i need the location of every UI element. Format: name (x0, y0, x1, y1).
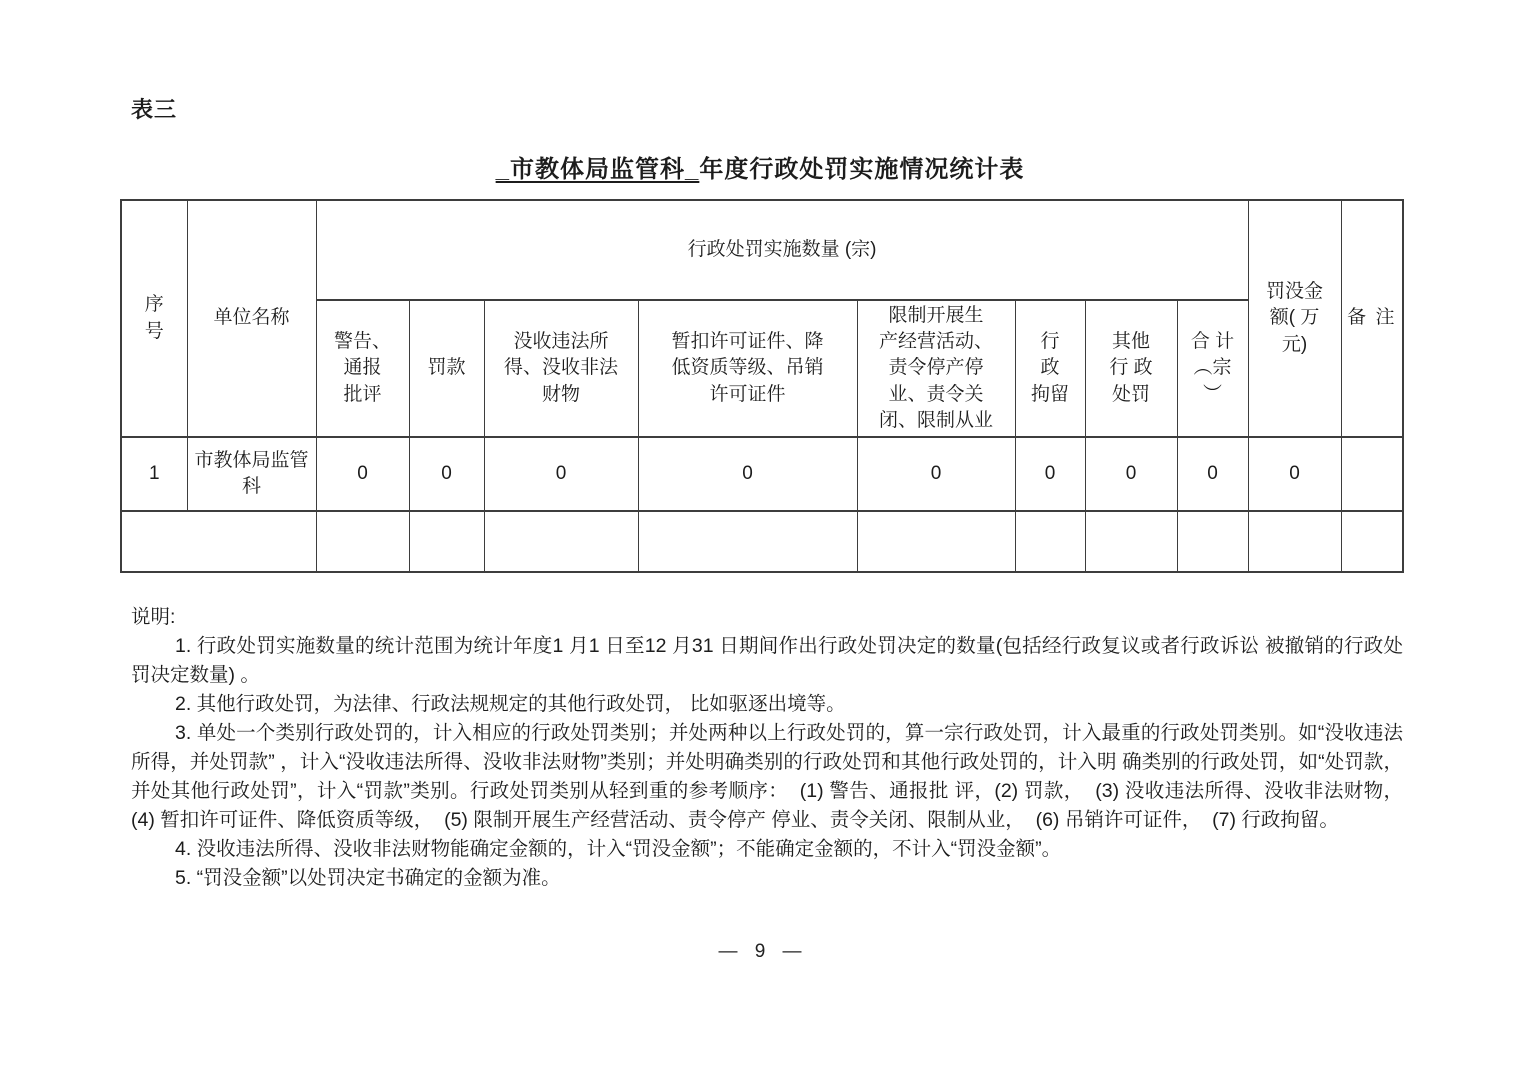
data-cell-value: 0 (857, 437, 1015, 511)
data-cell-fine-amount: 0 (1248, 437, 1341, 511)
empty-cell (1085, 511, 1177, 572)
empty-cell (316, 511, 409, 572)
empty-cell (1341, 511, 1403, 572)
penalty-statistics-table: 序 号 单位名称 行政处罚实施数量 (宗) 罚没金 额( 万 元) 备 注 警告… (120, 199, 1404, 573)
note-item-5: 5. “罚没金额”以处罚决定书确定的金额为准。 (131, 864, 1403, 893)
data-cell-value: 0 (1177, 437, 1248, 511)
title-text: 年度行政处罚实施情况统计表 (699, 156, 1024, 183)
header-cell-detention: 行 政 拘留 (1015, 300, 1085, 437)
data-cell-unit-name: 市教体局监管 科 (187, 437, 316, 511)
note-item-1: 1. 行政处罚实施数量的统计范围为统计年度1 月1 日至12 月31 日期间作出… (131, 632, 1403, 690)
document-page: 表三 _市教体局监管科_年度行政处罚实施情况统计表 序 号 单位名称 行政处罚实… (0, 0, 1520, 1074)
header-cell-unit-name: 单位名称 (187, 200, 316, 437)
empty-cell (857, 511, 1015, 572)
note-item-3: 3. 单处一个类别行政处罚的，计入相应的行政处罚类别；并处两种以上行政处罚的，算… (131, 719, 1403, 835)
header-row-1: 序 号 单位名称 行政处罚实施数量 (宗) 罚没金 额( 万 元) 备 注 (121, 200, 1403, 300)
header-cell-restrict-business: 限制开展生 产经营活动、 责令停产停 业、责令关 闭、限制从业 (857, 300, 1015, 437)
header-cell-remarks: 备 注 (1341, 200, 1403, 437)
empty-cell-seq-unit (121, 511, 316, 572)
table-row: 1 市教体局监管 科 0 0 0 0 0 0 0 0 0 (121, 437, 1403, 511)
header-cell-seq: 序 号 (121, 200, 187, 437)
data-cell-value: 0 (409, 437, 484, 511)
empty-cell (1177, 511, 1248, 572)
header-cell-quantity-group: 行政处罚实施数量 (宗) (316, 200, 1248, 300)
header-cell-warning: 警告、 通报 批评 (316, 300, 409, 437)
notes-section: 说明: 1. 行政处罚实施数量的统计范围为统计年度1 月1 日至12 月31 日… (131, 603, 1403, 893)
empty-cell (638, 511, 857, 572)
empty-table-row (121, 511, 1403, 572)
data-cell-seq: 1 (121, 437, 187, 511)
header-cell-fine: 罚款 (409, 300, 484, 437)
data-cell-value: 0 (1015, 437, 1085, 511)
data-cell-value: 0 (484, 437, 638, 511)
header-cell-other-penalty: 其他 行 政 处罚 (1085, 300, 1177, 437)
empty-cell (484, 511, 638, 572)
empty-cell (1248, 511, 1341, 572)
document-title: _市教体局监管科_年度行政处罚实施情况统计表 (0, 154, 1520, 185)
header-cell-suspend-license: 暂扣许可证件、降 低资质等级、吊销 许可证件 (638, 300, 857, 437)
header-cell-total: 合 计 ︵宗 ︶ (1177, 300, 1248, 437)
note-item-4: 4. 没收违法所得、没收非法财物能确定金额的，计入“罚没金额”；不能确定金额的，… (131, 835, 1403, 864)
page-number: — 9 — (0, 941, 1520, 963)
table-number-label: 表三 (0, 0, 1520, 124)
notes-heading: 说明: (131, 603, 1403, 632)
data-cell-value: 0 (1085, 437, 1177, 511)
header-cell-confiscate: 没收违法所 得、没收非法 财物 (484, 300, 638, 437)
data-cell-remarks (1341, 437, 1403, 511)
note-item-2: 2. 其他行政处罚，为法律、行政法规规定的其他行政处罚， 比如驱逐出境等。 (131, 690, 1403, 719)
data-cell-value: 0 (638, 437, 857, 511)
title-unit-name-blank: _市教体局监管科_ (496, 156, 700, 183)
empty-cell (409, 511, 484, 572)
empty-cell (1015, 511, 1085, 572)
data-cell-value: 0 (316, 437, 409, 511)
header-cell-fine-amount: 罚没金 额( 万 元) (1248, 200, 1341, 437)
